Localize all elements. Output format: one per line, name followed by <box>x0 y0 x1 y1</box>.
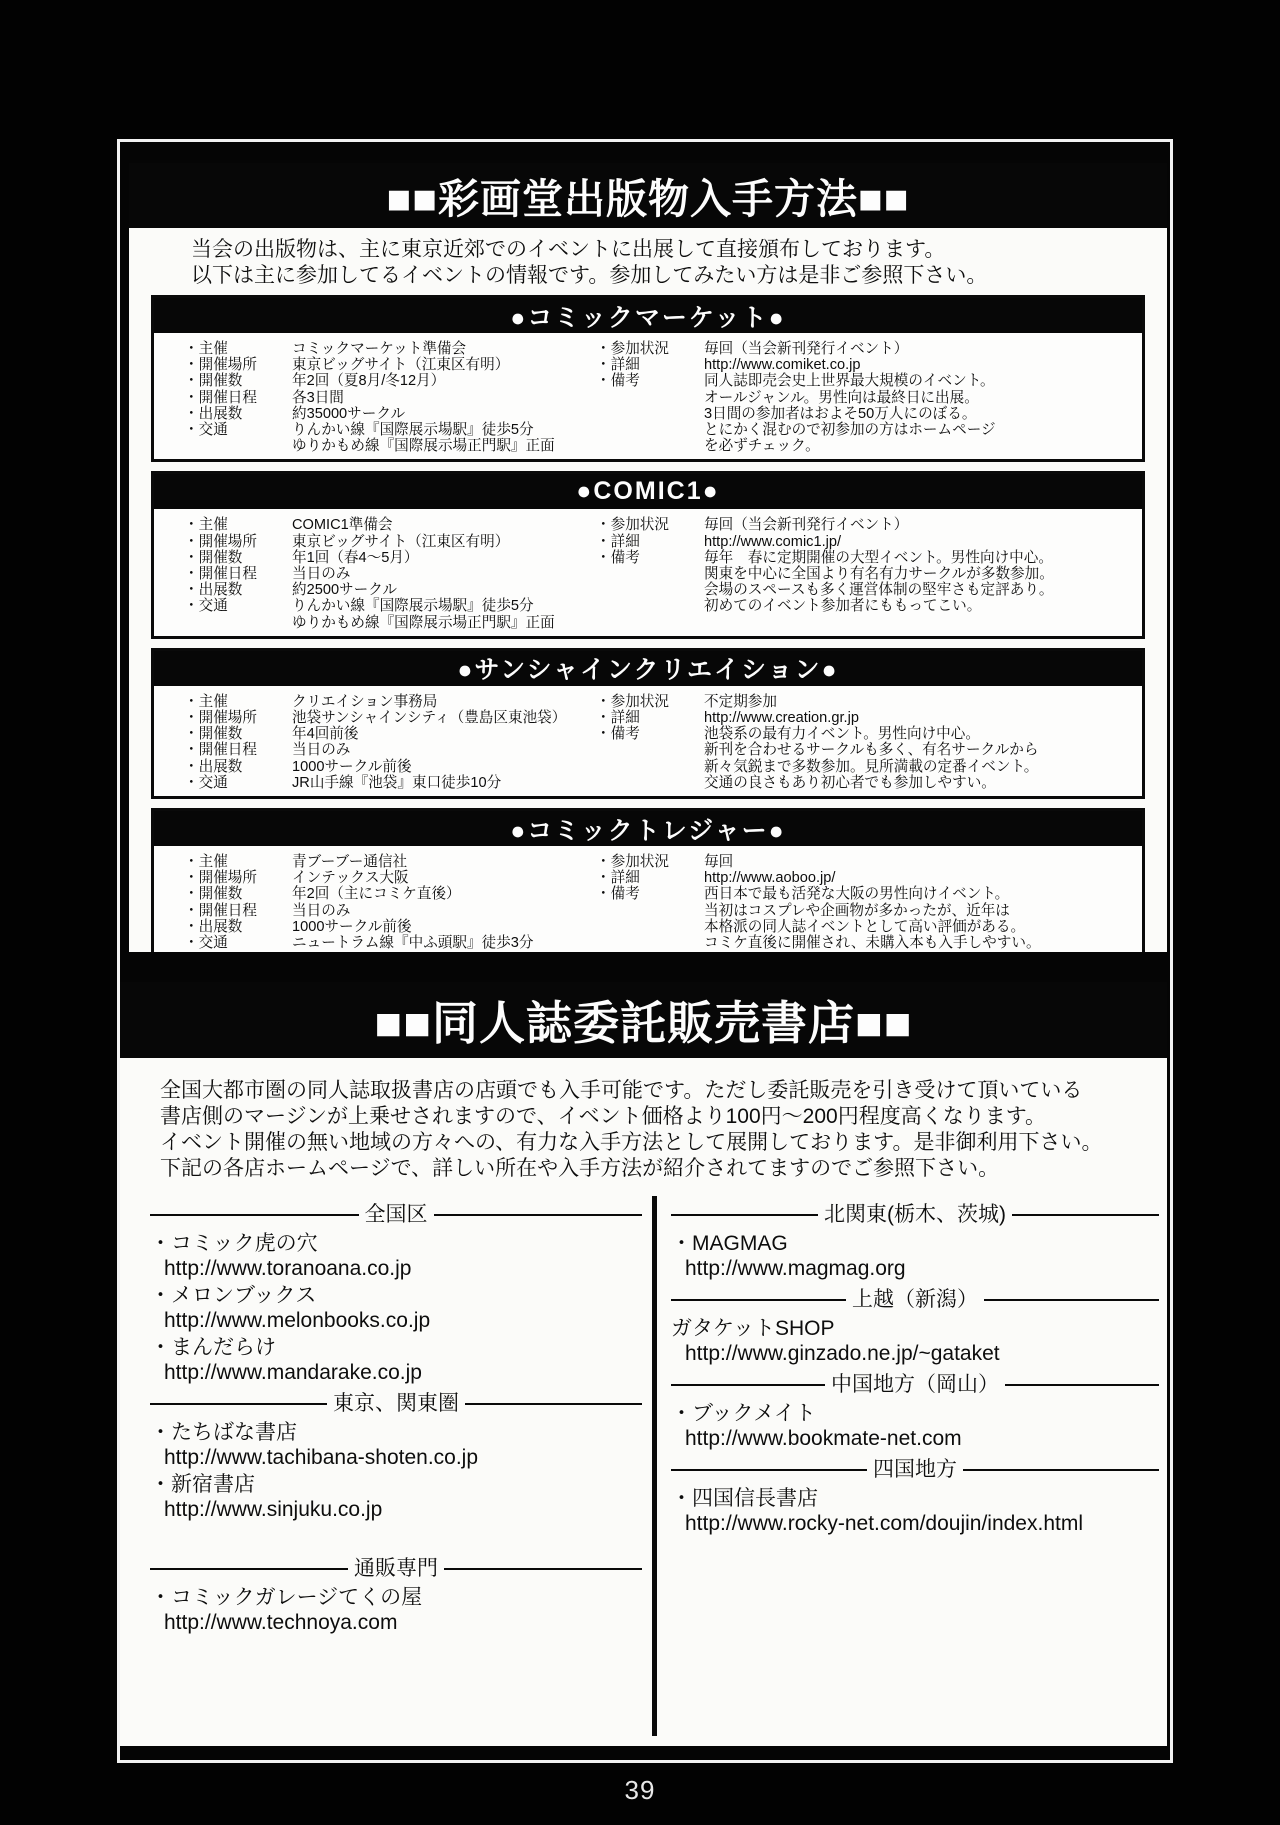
region-title: 東京、関東圏 <box>327 1391 465 1416</box>
shop-name: ・たちばな書店 <box>150 1420 642 1445</box>
event-field-value: http://www.comiket.co.jp <box>704 357 1136 373</box>
text-line: 書店側のマージンが上乗せされますので、イベント価格より100円～200円程度高く… <box>160 1104 1153 1130</box>
text-line: イベント開催の無い地域の方々への、有力な入手方法として展開しております。是非御利… <box>160 1130 1153 1156</box>
event-field-value: りんかい線『国際展示場駅』徒歩5分 ゆりかもめ線『国際展示場正門駅』正面 <box>292 422 596 454</box>
event-field-value: 不定期参加 <box>704 694 1136 710</box>
shop-name: ガタケットSHOP <box>671 1316 1159 1341</box>
event-field-value: 東京ビッグサイト（江東区有明） <box>292 534 596 550</box>
event-field-label: ・詳細 <box>596 357 704 373</box>
event-field-row: ・詳細 http://www.comic1.jp/ <box>596 534 1136 550</box>
event-field-row: ・主催 COMIC1準備会 <box>184 517 596 533</box>
events-box-title: ■■彩画堂出版物入手方法■■ <box>129 163 1167 228</box>
shop-url: http://www.mandarake.co.jp <box>164 1360 642 1385</box>
event-section-body: ・主催 COMIC1準備会 ・開催場所 東京ビッグサイト（江東区有明） ・開催数… <box>154 509 1142 635</box>
shop-name: ・コミック虎の穴 <box>150 1231 642 1256</box>
event-section: ●COMIC1● ・主催 COMIC1準備会 ・開催場所 東京ビッグサイト（江東… <box>151 471 1145 638</box>
event-field-label: ・交通 <box>184 422 292 454</box>
region-group: 中国地方（岡山） ・ブックメイト http://www.bookmate-net… <box>671 1372 1159 1451</box>
event-field-label: ・開催日程 <box>184 742 292 758</box>
event-field-value: 約35000サークル <box>292 406 596 422</box>
event-field-label: ・開催数 <box>184 726 292 742</box>
event-field-value: 西日本で最も活発な大阪の男性向けイベント。 当初はコスプレや企画物が多かったが、… <box>704 886 1136 951</box>
event-field-row: ・交通 りんかい線『国際展示場駅』徒歩5分 ゆりかもめ線『国際展示場正門駅』正面 <box>184 422 596 454</box>
shop-entry: ・新宿書店 http://www.sinjuku.co.jp <box>150 1472 642 1522</box>
text-line: 全国大都市圏の同人誌取扱書店の店頭でも入手可能です。ただし委託販売を引き受けて頂… <box>160 1078 1153 1104</box>
event-field-value: 毎回（当会新刊発行イベント） <box>704 341 1136 357</box>
rule-line <box>671 1214 818 1216</box>
event-details-right: ・参加状況 毎回（当会新刊発行イベント） ・詳細 http://www.comi… <box>596 517 1136 630</box>
text-line: 下記の各店ホームページで、詳しい所在や入手方法が紹介されてますのでご参照下さい。 <box>160 1156 1153 1182</box>
event-section: ●コミックマーケット● ・主催 コミックマーケット準備会 ・開催場所 東京ビッグ… <box>151 295 1145 462</box>
event-details-right: ・参加状況 不定期参加 ・詳細 http://www.creation.gr.j… <box>596 694 1136 791</box>
event-field-label: ・交通 <box>184 598 292 630</box>
event-field-value: 1000サークル前後 <box>292 759 596 775</box>
shop-url: http://www.toranoana.co.jp <box>164 1256 642 1281</box>
event-field-value: 各3日間 <box>292 390 596 406</box>
shop-entry: ・メロンブックス http://www.melonbooks.co.jp <box>150 1283 642 1333</box>
event-details-right: ・参加状況 毎回（当会新刊発行イベント） ・詳細 http://www.comi… <box>596 341 1136 454</box>
text-line: 以下は主に参加してるイベントの情報です。参加してみたい方は是非ご参照下さい。 <box>191 263 1147 289</box>
rule-line <box>1005 1384 1159 1386</box>
event-field-row: ・出展数 約2500サークル <box>184 582 596 598</box>
event-field-label: ・開催数 <box>184 373 292 389</box>
shop-url: http://www.ginzado.ne.jp/~gataket <box>685 1341 1159 1366</box>
event-section-body: ・主催 コミックマーケット準備会 ・開催場所 東京ビッグサイト（江東区有明） ・… <box>154 333 1142 459</box>
region-group: 全国区 ・コミック虎の穴 http://www.toranoana.co.jp … <box>150 1202 642 1385</box>
events-box-intro: 当会の出版物は、主に東京近郊でのイベントに出展して直接頒布しております。以下は主… <box>191 237 1147 289</box>
shop-url: http://www.rocky-net.com/doujin/index.ht… <box>685 1511 1159 1536</box>
event-field-label: ・開催日程 <box>184 903 292 919</box>
event-details-left: ・主催 COMIC1準備会 ・開催場所 東京ビッグサイト（江東区有明） ・開催数… <box>184 517 596 630</box>
shop-name: ・四国信長書店 <box>671 1486 1159 1511</box>
shop-entry: ・MAGMAG http://www.magmag.org <box>671 1231 1159 1281</box>
region-header: 通販専門 <box>150 1556 642 1581</box>
event-field-row: ・参加状況 不定期参加 <box>596 694 1136 710</box>
event-field-label: ・開催日程 <box>184 390 292 406</box>
rule-line <box>150 1214 359 1216</box>
region-group: 北関東(栃木、茨城) ・MAGMAG http://www.magmag.org <box>671 1202 1159 1281</box>
event-field-row: ・参加状況 毎回（当会新刊発行イベント） <box>596 341 1136 357</box>
shop-entry: ・コミックガレージてくの屋 http://www.technoya.com <box>150 1585 642 1635</box>
shops-column-left: 全国区 ・コミック虎の穴 http://www.toranoana.co.jp … <box>150 1196 652 1736</box>
event-field-row: ・交通 ニュートラム線『中ふ頭駅』徒歩3分 <box>184 935 596 951</box>
event-details-left: ・主催 青ブーブー通信社 ・開催場所 インテックス大阪 ・開催数 年2回（主にコ… <box>184 854 596 951</box>
region-title: 全国区 <box>359 1202 434 1227</box>
shops-column-right: 北関東(栃木、茨城) ・MAGMAG http://www.magmag.org… <box>657 1196 1159 1736</box>
event-field-label: ・主催 <box>184 517 292 533</box>
event-field-row: ・出展数 1000サークル前後 <box>184 759 596 775</box>
event-field-value: 1000サークル前後 <box>292 919 596 935</box>
event-field-label: ・備考 <box>596 550 704 615</box>
event-field-value: 青ブーブー通信社 <box>292 854 596 870</box>
shop-name: ・MAGMAG <box>671 1231 1159 1256</box>
event-field-row: ・詳細 http://www.aoboo.jp/ <box>596 870 1136 886</box>
event-field-row: ・開催数 年2回（主にコミケ直後） <box>184 886 596 902</box>
shops-box-title: ■■同人誌委託販売書店■■ <box>120 982 1167 1058</box>
event-field-value: JR山手線『池袋』東口徒歩10分 <box>292 775 596 791</box>
region-title: 中国地方（岡山） <box>825 1372 1005 1397</box>
event-field-label: ・備考 <box>596 886 704 951</box>
shop-name: ・まんだらけ <box>150 1335 642 1360</box>
event-field-row: ・開催日程 各3日間 <box>184 390 596 406</box>
event-field-value: COMIC1準備会 <box>292 517 596 533</box>
region-header: 全国区 <box>150 1202 642 1227</box>
event-field-value: ニュートラム線『中ふ頭駅』徒歩3分 <box>292 935 596 951</box>
event-field-row: ・開催場所 東京ビッグサイト（江東区有明） <box>184 534 596 550</box>
event-field-label: ・出展数 <box>184 919 292 935</box>
event-field-label: ・詳細 <box>596 534 704 550</box>
shop-name: ・ブックメイト <box>671 1401 1159 1426</box>
event-field-value: インテックス大阪 <box>292 870 596 886</box>
event-field-row: ・備考 西日本で最も活発な大阪の男性向けイベント。 当初はコスプレや企画物が多か… <box>596 886 1136 951</box>
event-field-value: 年1回（春4～5月） <box>292 550 596 566</box>
shop-name: ・コミックガレージてくの屋 <box>150 1585 642 1610</box>
event-field-value: 同人誌即売会史上世界最大規模のイベント。 オールジャンル。男性向は最終日に出展。… <box>704 373 1136 454</box>
event-field-label: ・開催日程 <box>184 566 292 582</box>
rule-line <box>671 1299 846 1301</box>
event-field-value: 当日のみ <box>292 742 596 758</box>
region-header: 中国地方（岡山） <box>671 1372 1159 1397</box>
shop-entry: ・コミック虎の穴 http://www.toranoana.co.jp <box>150 1231 642 1281</box>
event-field-row: ・開催日程 当日のみ <box>184 903 596 919</box>
event-field-value: http://www.aoboo.jp/ <box>704 870 1136 886</box>
event-field-row: ・主催 クリエイション事務局 <box>184 694 596 710</box>
event-field-row: ・参加状況 毎回 <box>596 854 1136 870</box>
region-group: 東京、関東圏 ・たちばな書店 http://www.tachibana-shot… <box>150 1391 642 1522</box>
event-field-label: ・交通 <box>184 935 292 951</box>
rule-line <box>671 1469 867 1471</box>
event-field-row: ・備考 毎年 春に定期開催の大型イベント。男性向け中心。 関東を中心に全国より有… <box>596 550 1136 615</box>
rule-line <box>150 1568 348 1570</box>
region-group: 通販専門 ・コミックガレージてくの屋 http://www.technoya.c… <box>150 1556 642 1635</box>
shop-url: http://www.sinjuku.co.jp <box>164 1497 642 1522</box>
event-field-label: ・主催 <box>184 341 292 357</box>
shops-columns: 全国区 ・コミック虎の穴 http://www.toranoana.co.jp … <box>150 1196 1159 1736</box>
rule-line <box>963 1469 1159 1471</box>
event-section-body: ・主催 クリエイション事務局 ・開催場所 池袋サンシャインシティ（豊島区東池袋）… <box>154 686 1142 796</box>
region-title: 上越（新潟） <box>846 1287 984 1312</box>
event-field-label: ・開催場所 <box>184 710 292 726</box>
event-field-label: ・開催数 <box>184 886 292 902</box>
event-field-label: ・出展数 <box>184 582 292 598</box>
event-field-row: ・交通 りんかい線『国際展示場駅』徒歩5分 ゆりかもめ線『国際展示場正門駅』正面 <box>184 598 596 630</box>
event-field-row: ・開催日程 当日のみ <box>184 566 596 582</box>
event-field-row: ・主催 コミックマーケット準備会 <box>184 341 596 357</box>
event-field-value: http://www.comic1.jp/ <box>704 534 1136 550</box>
event-field-row: ・出展数 約35000サークル <box>184 406 596 422</box>
shop-url: http://www.technoya.com <box>164 1610 642 1635</box>
event-field-label: ・参加状況 <box>596 854 704 870</box>
region-group: 四国地方 ・四国信長書店 http://www.rocky-net.com/do… <box>671 1457 1159 1536</box>
event-field-row: ・開催場所 池袋サンシャインシティ（豊島区東池袋） <box>184 710 596 726</box>
rule-line <box>465 1403 642 1405</box>
event-field-label: ・開催場所 <box>184 534 292 550</box>
event-field-value: りんかい線『国際展示場駅』徒歩5分 ゆりかもめ線『国際展示場正門駅』正面 <box>292 598 596 630</box>
event-field-row: ・開催数 年4回前後 <box>184 726 596 742</box>
event-field-row: ・主催 青ブーブー通信社 <box>184 854 596 870</box>
rule-line <box>984 1299 1159 1301</box>
event-field-value: 当日のみ <box>292 566 596 582</box>
event-field-row: ・交通 JR山手線『池袋』東口徒歩10分 <box>184 775 596 791</box>
event-field-row: ・開催数 年2回（夏8月/冬12月） <box>184 373 596 389</box>
shop-entry: ・たちばな書店 http://www.tachibana-shoten.co.j… <box>150 1420 642 1470</box>
event-field-value: 東京ビッグサイト（江東区有明） <box>292 357 596 373</box>
event-field-value: 年2回（主にコミケ直後） <box>292 886 596 902</box>
event-field-label: ・詳細 <box>596 870 704 886</box>
event-section: ●サンシャインクリエイション● ・主催 クリエイション事務局 ・開催場所 池袋サ… <box>151 648 1145 799</box>
shop-url: http://www.melonbooks.co.jp <box>164 1308 642 1333</box>
event-field-label: ・開催場所 <box>184 870 292 886</box>
rule-line <box>1012 1214 1159 1216</box>
shop-url: http://www.magmag.org <box>685 1256 1159 1281</box>
page-number: 39 <box>0 1775 1280 1806</box>
shops-box-intro: 全国大都市圏の同人誌取扱書店の店頭でも入手可能です。ただし委託販売を引き受けて頂… <box>160 1078 1153 1182</box>
event-field-row: ・備考 同人誌即売会史上世界最大規模のイベント。 オールジャンル。男性向は最終日… <box>596 373 1136 454</box>
event-section-title: ●コミックマーケット● <box>154 298 1142 333</box>
event-field-label: ・参加状況 <box>596 517 704 533</box>
event-field-label: ・開催数 <box>184 550 292 566</box>
event-section-title: ●サンシャインクリエイション● <box>154 651 1142 686</box>
events-info-box: ■■彩画堂出版物入手方法■■ 当会の出版物は、主に東京近郊でのイベントに出展して… <box>129 163 1167 952</box>
shop-url: http://www.tachibana-shoten.co.jp <box>164 1445 642 1470</box>
event-field-row: ・開催場所 インテックス大阪 <box>184 870 596 886</box>
rule-line <box>434 1214 643 1216</box>
event-field-value: 毎年 春に定期開催の大型イベント。男性向け中心。 関東を中心に全国より有名有力サ… <box>704 550 1136 615</box>
region-header: 東京、関東圏 <box>150 1391 642 1416</box>
region-header: 北関東(栃木、茨城) <box>671 1202 1159 1227</box>
event-field-row: ・備考 池袋系の最有力イベント。男性向け中心。 新刊を合わせるサークルも多く、有… <box>596 726 1136 791</box>
shop-url: http://www.bookmate-net.com <box>685 1426 1159 1451</box>
region-header: 四国地方 <box>671 1457 1159 1482</box>
text-line: 当会の出版物は、主に東京近郊でのイベントに出展して直接頒布しております。 <box>191 237 1147 263</box>
event-field-value: 年2回（夏8月/冬12月） <box>292 373 596 389</box>
event-section-title: ●COMIC1● <box>154 474 1142 509</box>
event-field-label: ・備考 <box>596 373 704 454</box>
region-header: 上越（新潟） <box>671 1287 1159 1312</box>
region-title: 四国地方 <box>867 1457 963 1482</box>
event-field-value: 約2500サークル <box>292 582 596 598</box>
event-field-label: ・備考 <box>596 726 704 791</box>
shop-entry: ・四国信長書店 http://www.rocky-net.com/doujin/… <box>671 1486 1159 1536</box>
rule-line <box>444 1568 642 1570</box>
event-field-label: ・交通 <box>184 775 292 791</box>
event-field-label: ・主催 <box>184 854 292 870</box>
event-field-label: ・詳細 <box>596 710 704 726</box>
event-field-label: ・出展数 <box>184 406 292 422</box>
event-field-value: 毎回 <box>704 854 1136 870</box>
region-title: 北関東(栃木、茨城) <box>818 1202 1012 1227</box>
event-field-value: http://www.creation.gr.jp <box>704 710 1136 726</box>
event-details-right: ・参加状況 毎回 ・詳細 http://www.aoboo.jp/ ・備考 西日… <box>596 854 1136 951</box>
event-field-row: ・開催場所 東京ビッグサイト（江東区有明） <box>184 357 596 373</box>
event-section: ●コミックトレジャー● ・主催 青ブーブー通信社 ・開催場所 インテックス大阪 … <box>151 808 1145 952</box>
shop-entry: ・まんだらけ http://www.mandarake.co.jp <box>150 1335 642 1385</box>
event-field-value: コミックマーケット準備会 <box>292 341 596 357</box>
event-field-row: ・開催日程 当日のみ <box>184 742 596 758</box>
event-field-row: ・出展数 1000サークル前後 <box>184 919 596 935</box>
event-section-body: ・主催 青ブーブー通信社 ・開催場所 インテックス大阪 ・開催数 年2回（主にコ… <box>154 846 1142 952</box>
region-title: 通販専門 <box>348 1556 444 1581</box>
event-field-label: ・開催場所 <box>184 357 292 373</box>
shops-box: ■■同人誌委託販売書店■■ 全国大都市圏の同人誌取扱書店の店頭でも入手可能です。… <box>120 982 1167 1746</box>
shop-entry: ・ブックメイト http://www.bookmate-net.com <box>671 1401 1159 1451</box>
shop-entry: ガタケットSHOP http://www.ginzado.ne.jp/~gata… <box>671 1316 1159 1366</box>
event-sections: ●コミックマーケット● ・主催 コミックマーケット準備会 ・開催場所 東京ビッグ… <box>151 295 1145 952</box>
event-field-value: クリエイション事務局 <box>292 694 596 710</box>
event-field-value: 池袋サンシャインシティ（豊島区東池袋） <box>292 710 596 726</box>
event-field-value: 毎回（当会新刊発行イベント） <box>704 517 1136 533</box>
event-field-label: ・出展数 <box>184 759 292 775</box>
event-field-label: ・参加状況 <box>596 694 704 710</box>
region-group: 上越（新潟） ガタケットSHOP http://www.ginzado.ne.j… <box>671 1287 1159 1366</box>
event-field-row: ・詳細 http://www.creation.gr.jp <box>596 710 1136 726</box>
event-details-left: ・主催 コミックマーケット準備会 ・開催場所 東京ビッグサイト（江東区有明） ・… <box>184 341 596 454</box>
event-field-label: ・主催 <box>184 694 292 710</box>
event-field-row: ・参加状況 毎回（当会新刊発行イベント） <box>596 517 1136 533</box>
rule-line <box>150 1403 327 1405</box>
event-field-value: 池袋系の最有力イベント。男性向け中心。 新刊を合わせるサークルも多く、有名サーク… <box>704 726 1136 791</box>
event-details-left: ・主催 クリエイション事務局 ・開催場所 池袋サンシャインシティ（豊島区東池袋）… <box>184 694 596 791</box>
event-field-value: 年4回前後 <box>292 726 596 742</box>
event-field-label: ・参加状況 <box>596 341 704 357</box>
event-field-value: 当日のみ <box>292 903 596 919</box>
event-field-row: ・開催数 年1回（春4～5月） <box>184 550 596 566</box>
shop-name: ・新宿書店 <box>150 1472 642 1497</box>
rule-line <box>671 1384 825 1386</box>
shop-name: ・メロンブックス <box>150 1283 642 1308</box>
event-field-row: ・詳細 http://www.comiket.co.jp <box>596 357 1136 373</box>
event-section-title: ●コミックトレジャー● <box>154 811 1142 846</box>
